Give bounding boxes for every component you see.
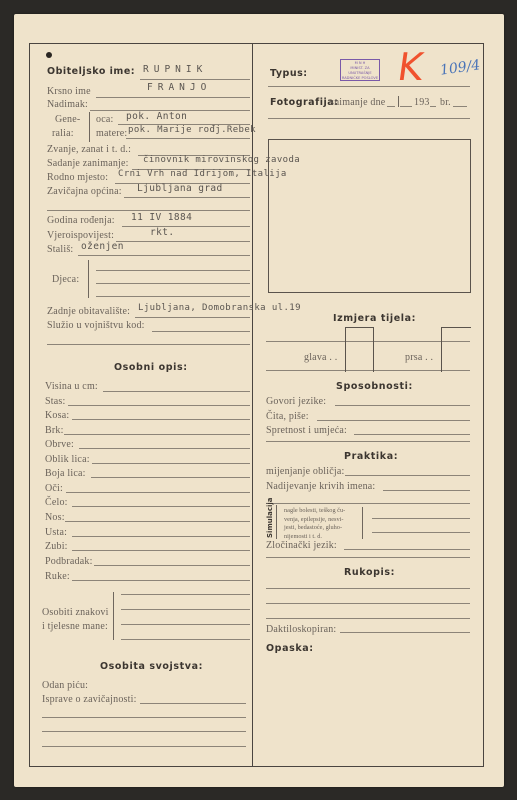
- photo-number-label: br.: [440, 97, 451, 108]
- children-label: Djeca:: [52, 274, 79, 285]
- body-measurements-heading: Izmjera tijela:: [333, 313, 416, 324]
- marital-status-value: oženjen: [81, 241, 124, 252]
- moustache-label: Brk:: [45, 425, 64, 436]
- head-label: glava . .: [304, 352, 337, 363]
- handwriting-heading: Rukopis:: [344, 567, 395, 578]
- birthplace-value: Crni Vrh nad Idrijom, Italija: [118, 169, 287, 179]
- abilities-heading: Sposobnosti:: [336, 381, 413, 392]
- photo-date-label: snimanje dne: [330, 97, 385, 108]
- simulation-description: nagle bolesti, teškog ču- venja, epileps…: [284, 507, 345, 541]
- height-label: Visina u cm:: [45, 381, 98, 392]
- forehead-label: Čelo:: [45, 497, 68, 508]
- complexion-label: Boja lica:: [45, 468, 86, 479]
- eyebrows-label: Obrve:: [45, 439, 74, 450]
- mouth-label: Usta:: [45, 527, 67, 538]
- home-municipality-value: Ljubljana grad: [137, 183, 223, 194]
- practices-heading: Praktika:: [344, 451, 398, 462]
- disguise-label: mijenjanje obličja:: [266, 466, 345, 477]
- military-service-label: Služio u vojništvu kod:: [47, 320, 145, 331]
- personal-description-heading: Osobni opis:: [114, 362, 188, 373]
- occupation-label: Sadanje zanimanje:: [47, 158, 129, 169]
- photo-label: Fotografija:: [270, 97, 338, 108]
- documents-label: Isprave o zavičajnosti:: [42, 694, 137, 705]
- face-shape-label: Oblik lica:: [45, 454, 90, 465]
- red-k-mark: K: [395, 48, 425, 86]
- first-name-label: Krsno ime: [47, 86, 91, 97]
- type-label: Typus:: [270, 68, 308, 79]
- father-value: pok. Anton: [126, 111, 187, 122]
- surname-label: Obiteljsko ime:: [47, 66, 135, 77]
- photo-frame: [268, 139, 471, 293]
- generalia-label-2: ralia:: [52, 128, 74, 139]
- nose-label: Nos:: [45, 512, 65, 523]
- photo-year-label: 193: [414, 97, 430, 108]
- home-municipality-label: Zavičajna općina:: [47, 186, 122, 197]
- first-name-value: FRANJO: [147, 82, 211, 93]
- remark-heading: Opaska:: [266, 643, 314, 654]
- mother-label: matere:: [96, 128, 127, 139]
- religion-label: Vjeroispovijest:: [47, 230, 114, 241]
- last-residence-value: Ljubljana, Domobranska ul.19: [138, 303, 301, 313]
- criminal-jargon-label: Zločinački jezik:: [266, 540, 337, 551]
- punch-hole-dot: [46, 52, 52, 58]
- skills-label: Spretnost i umjeća:: [266, 425, 347, 436]
- hair-label: Kosa:: [45, 410, 69, 421]
- father-label: oca:: [96, 114, 113, 125]
- head-measure-box: [345, 327, 374, 372]
- last-residence-label: Zadnje obitavalište:: [47, 306, 130, 317]
- religion-value: rkt.: [150, 227, 174, 238]
- ministry-stamp: M N H MINIST. ZA UNUTRAŠNJE RADNIČKE POS…: [340, 59, 380, 81]
- surname-value: RUPNIK: [143, 64, 207, 75]
- birthplace-label: Rodno mjesto:: [47, 172, 108, 183]
- mother-value: pok. Marije rođj.Rebek: [128, 125, 256, 135]
- chin-label: Podbradak:: [45, 556, 93, 567]
- profession-label: Zvanje, zanat i t. d.:: [47, 144, 131, 155]
- read-write-label: Čita, piše:: [266, 411, 309, 422]
- chest-measure-box: [441, 327, 471, 372]
- special-traits-heading: Osobita svojstva:: [100, 661, 203, 672]
- special-marks-label-2: i tjelesne mane:: [42, 621, 108, 632]
- chest-label: prsa . .: [405, 352, 433, 363]
- generalia-label-1: Gene-: [55, 114, 80, 125]
- column-divider: [252, 43, 253, 767]
- birth-year-label: Godina rođenja:: [47, 215, 115, 226]
- marital-status-label: Stališ:: [47, 244, 73, 255]
- build-label: Stas:: [45, 396, 65, 407]
- fingerprinted-label: Daktiloskopiran:: [266, 624, 336, 635]
- drinking-label: Odan piću:: [42, 680, 88, 691]
- eyes-label: Oči:: [45, 483, 63, 494]
- hands-label: Ruke:: [45, 571, 70, 582]
- languages-label: Govori jezike:: [266, 396, 326, 407]
- simulation-label: Simulacija: [266, 497, 274, 538]
- false-names-label: Nadijevanje krivih imena:: [266, 481, 375, 492]
- birth-year-value: 11 IV 1884: [131, 212, 192, 223]
- teeth-label: Zubi:: [45, 541, 68, 552]
- special-marks-label-1: Osobiti znakovi: [42, 607, 109, 618]
- nickname-label: Nadimak:: [47, 99, 88, 110]
